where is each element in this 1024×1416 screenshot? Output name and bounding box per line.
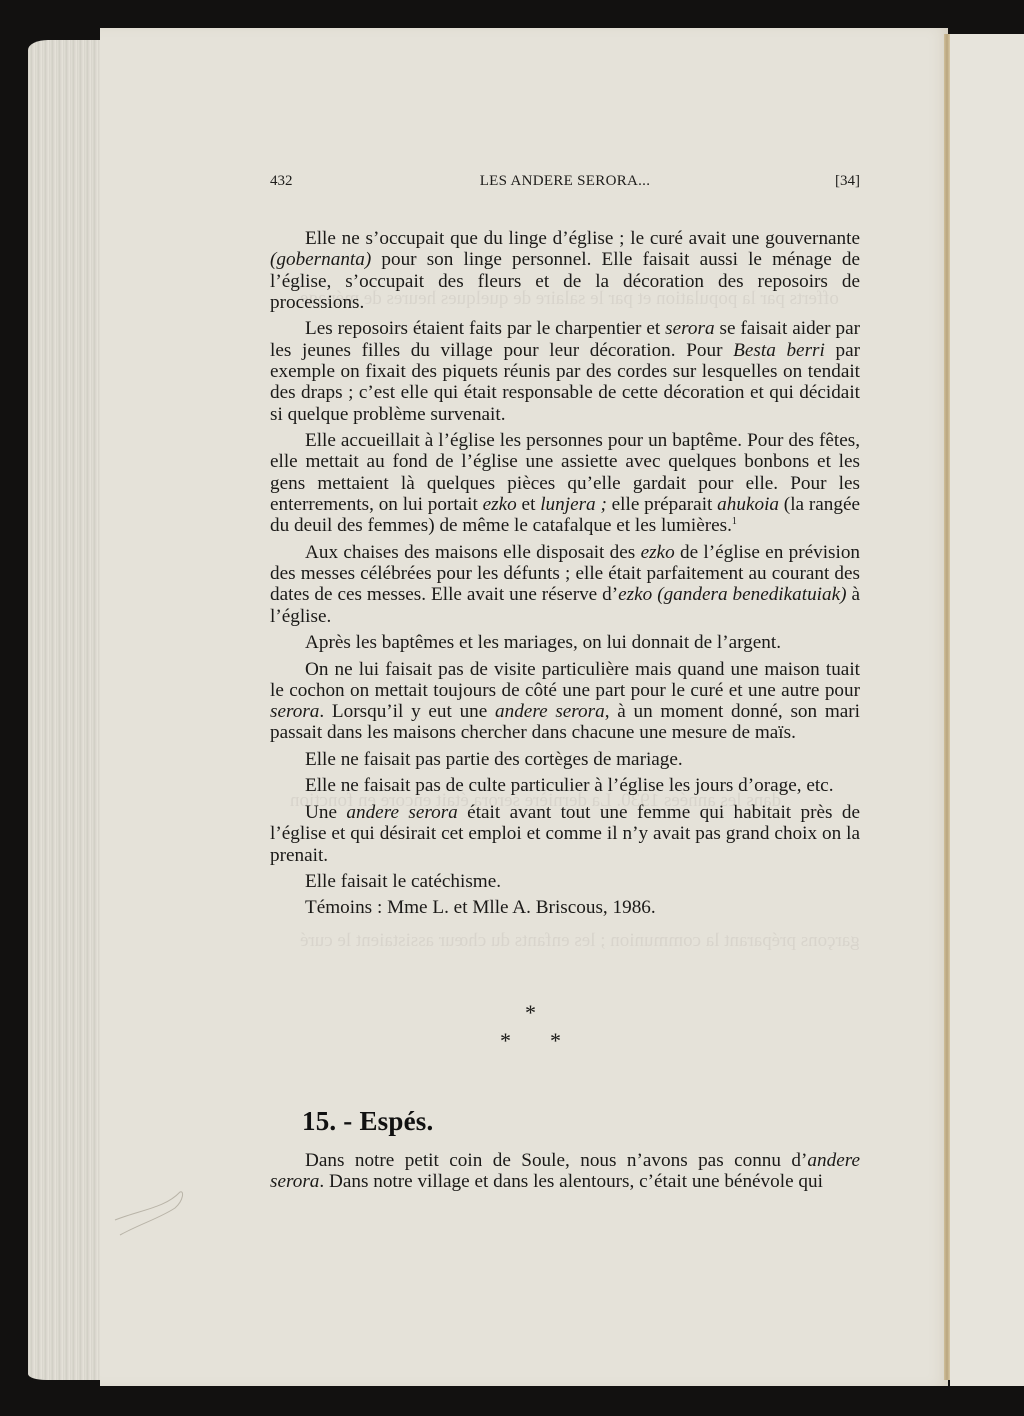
paragraph: Elle ne faisait pas partie des cortèges …	[270, 749, 860, 770]
paragraph: Une andere serora était avant tout une f…	[270, 802, 860, 866]
text-run: . Lorsqu’il y eut une	[319, 701, 495, 722]
text-run: Elle ne faisait pas de culte particulier…	[305, 775, 834, 796]
text-run: Aux chaises des maisons elle disposait d…	[305, 542, 641, 563]
text-run: Elle ne s’occupait que du linge d’église…	[305, 228, 860, 249]
italic-term: andere serora	[346, 802, 457, 823]
italic-term: ezko	[641, 542, 675, 563]
section-heading: 15. - Espés.	[302, 1106, 433, 1137]
paragraph: Elle ne faisait pas de culte particulier…	[270, 775, 860, 796]
body-text: Elle ne s’occupait que du linge d’église…	[270, 228, 860, 924]
italic-term: ezko	[483, 494, 517, 515]
asterisk: *	[525, 1000, 536, 1026]
text-run: Elle ne faisait pas partie des cortèges …	[305, 749, 683, 770]
running-header: 432 LES ANDERE SERORA... [34]	[270, 173, 860, 195]
section-body-text: Dans notre petit coin de Soule, nous n’a…	[270, 1150, 860, 1193]
footnote-marker: 1	[732, 516, 737, 527]
text-run: Après les baptêmes et les mariages, on l…	[305, 632, 781, 653]
asterisk: *	[550, 1028, 561, 1054]
text-run: Une	[305, 802, 346, 823]
paragraph: Témoins : Mme L. et Mlle A. Briscous, 19…	[270, 897, 860, 918]
paragraph: Les reposoirs étaient faits par le charp…	[270, 318, 860, 424]
paragraph: Dans notre petit coin de Soule, nous n’a…	[270, 1150, 860, 1193]
section-reference: [34]	[835, 173, 860, 190]
running-title: LES ANDERE SERORA...	[270, 173, 860, 190]
text-run: Les reposoirs étaient faits par le charp…	[305, 318, 665, 339]
text-run: . Dans notre village et dans les alentou…	[319, 1171, 823, 1192]
text-run: elle préparait	[607, 494, 717, 515]
text-run: Témoins : Mme L. et Mlle A. Briscous, 19…	[305, 897, 656, 918]
right-page-edge	[950, 34, 1024, 1386]
paragraph: Elle faisait le catéchisme.	[270, 871, 860, 892]
italic-term: ezko (gandera benedikatuiak)	[618, 584, 846, 605]
paragraph: On ne lui faisait pas de visite particul…	[270, 659, 860, 744]
text-run: et	[517, 494, 540, 515]
italic-term: serora	[665, 318, 714, 339]
bleed-through-text: garçons préparant la communion ; les enf…	[300, 930, 860, 952]
italic-term: ahukoia	[717, 494, 779, 515]
paragraph: Aux chaises des maisons elle disposait d…	[270, 542, 860, 627]
paragraph: Après les baptêmes et les mariages, on l…	[270, 632, 860, 653]
paragraph: Elle accueillait à l’église les personne…	[270, 430, 860, 536]
paragraph: Elle ne s’occupait que du linge d’église…	[270, 228, 860, 313]
italic-term: lunjera ;	[540, 494, 607, 515]
asterisk: *	[500, 1028, 511, 1054]
pencil-mark-icon	[110, 1180, 200, 1250]
text-run: On ne lui faisait pas de visite particul…	[270, 659, 860, 701]
italic-term: serora	[270, 701, 319, 722]
italic-term: (gobernanta)	[270, 249, 371, 270]
text-run: Elle faisait le catéchisme.	[305, 871, 501, 892]
text-run: Dans notre petit coin de Soule, nous n’a…	[305, 1150, 807, 1171]
italic-term: Besta berri	[733, 340, 825, 361]
italic-term: andere serora	[495, 701, 605, 722]
